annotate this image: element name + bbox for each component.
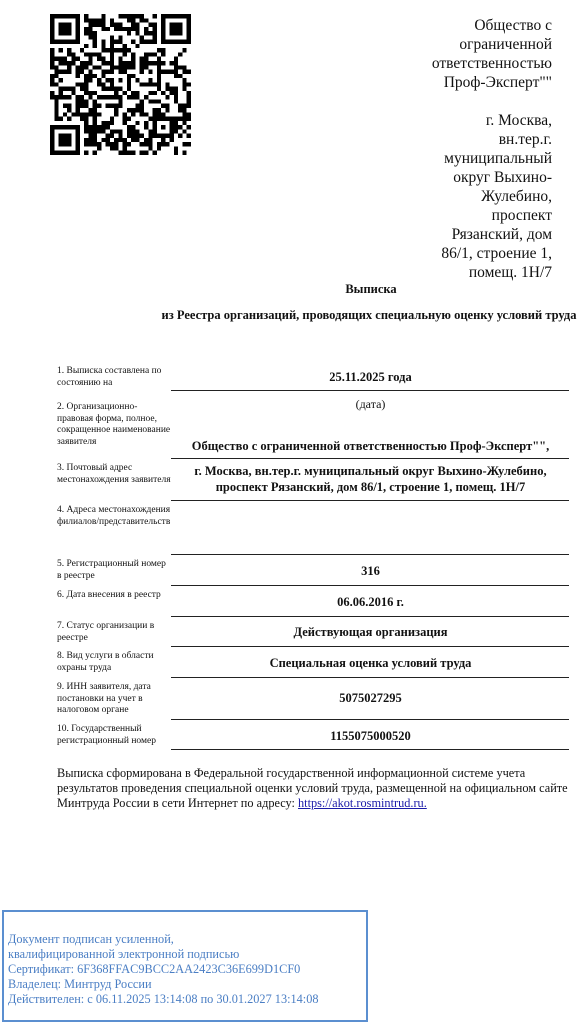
footer-note: Выписка сформирована в Федеральной госуд… [57, 766, 582, 811]
field-value-10: 1155075000520 [172, 728, 569, 744]
addressee-org-name: Общество с ограниченной ответственностью… [352, 16, 552, 92]
document-subtitle: из Реестра организаций, проводящих специ… [160, 308, 578, 323]
field-value-9: 5075027295 [172, 690, 569, 706]
signature-owner: Владелец: Минтруд России [8, 977, 319, 992]
field-value-5: 316 [172, 563, 569, 579]
field-label-5: 5. Регистрационный номер в реестре [57, 559, 172, 582]
field-value-2: Общество с ограниченной ответственностью… [172, 438, 569, 454]
field-value-3: г. Москва, вн.тер.г. муниципальный округ… [172, 463, 569, 495]
footer-link[interactable]: https://akot.rosmintrud.ru. [298, 796, 427, 810]
signature-line-2: квалифицированной электронной подписью [8, 947, 319, 962]
divider [171, 390, 569, 391]
field-label-8: 8. Вид услуги в области охраны труда [57, 651, 172, 674]
divider [171, 749, 569, 750]
divider [171, 585, 569, 586]
electronic-signature-stamp: Документ подписан усиленной, квалифициро… [2, 910, 368, 1022]
field-value-6: 06.06.2016 г. [172, 594, 569, 610]
field-label-3: 3. Почтовый адрес местонахождения заявит… [57, 463, 172, 486]
divider [171, 554, 569, 555]
signature-line-1: Документ подписан усиленной, [8, 932, 319, 947]
field-value-7: Действующая организация [172, 624, 569, 640]
qr-code-icon [50, 14, 191, 155]
divider [171, 500, 569, 501]
field-label-9: 9. ИНН заявителя, дата постановки на уче… [57, 682, 172, 717]
divider [171, 646, 569, 647]
addressee-block: Общество с ограниченной ответственностью… [352, 16, 552, 282]
field-value-1: 25.11.2025 года [172, 369, 569, 385]
document-title: Выписка [160, 282, 582, 297]
field-value-8: Специальная оценка условий труда [172, 655, 569, 671]
divider [171, 677, 569, 678]
addressee-address: г. Москва, вн.тер.г. муниципальный округ… [352, 111, 552, 282]
field-hint-date: (дата) [172, 397, 569, 412]
signature-validity: Действителен: с 06.11.2025 13:14:08 по 3… [8, 992, 319, 1007]
field-label-4: 4. Адреса местонахождения филиалов/предс… [57, 505, 172, 528]
signature-certificate: Сертификат: 6F368FFAC9BCC2AA2423C36E699D… [8, 962, 319, 977]
divider [171, 719, 569, 720]
field-label-7: 7. Статус организации в реестре [57, 621, 172, 644]
field-label-1: 1. Выписка составлена по состоянию на [57, 366, 172, 389]
divider [171, 458, 569, 459]
field-label-10: 10. Государственный регистрационный номе… [57, 724, 172, 747]
field-label-2: 2. Организационно-правовая форма, полное… [57, 402, 172, 448]
divider [171, 616, 569, 617]
field-label-6: 6. Дата внесения в реестр [57, 590, 172, 602]
